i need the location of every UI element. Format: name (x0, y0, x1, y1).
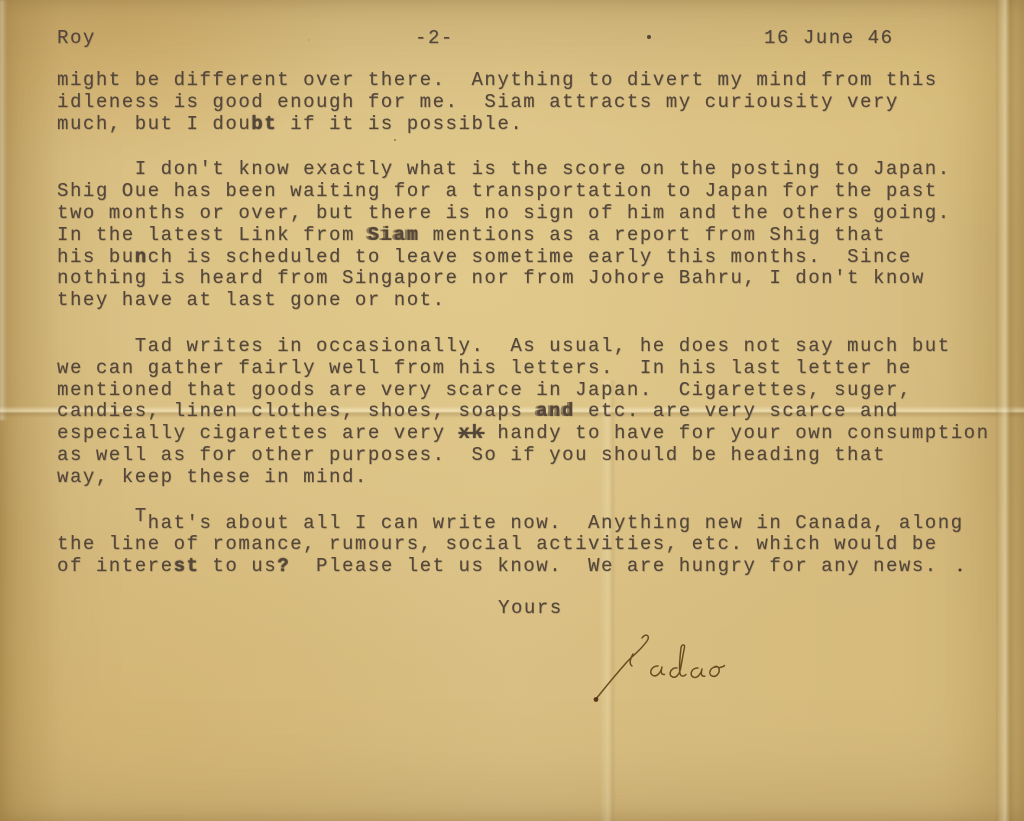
fold-crease-right (996, 0, 1016, 821)
letter-line: they have at last gone or not. (57, 290, 990, 312)
letter-line: Shig Oue has been waiting for a transpor… (57, 181, 990, 203)
letter-line: nothing is heard from Singapore nor from… (57, 268, 990, 290)
ink-speck (647, 35, 651, 39)
letter-line: much, but I doubt if it is possible. (57, 114, 990, 136)
signature-strokes (596, 635, 725, 699)
paragraph: Tad writes in occasionally. As usual, he… (57, 336, 990, 489)
letter-line: That's about all I can write now. Anythi… (57, 513, 990, 535)
paper-edge-highlight (0, 0, 7, 420)
paragraph: I don't know exactly what is the score o… (57, 159, 990, 312)
letter-body: might be different over there. Anything … (57, 70, 990, 602)
letter-line: as well as for other purposes. So if you… (57, 445, 990, 467)
letter-line: In the latest Link from Siam mentions as… (57, 225, 990, 247)
letter-line: two months or over, but there is no sign… (57, 203, 990, 225)
letter-line: might be different over there. Anything … (57, 70, 990, 92)
letter-page: Roy -2- 16 June 46 might be different ov… (0, 0, 1024, 821)
letter-line: I don't know exactly what is the score o… (57, 159, 990, 181)
letter-line: idleness is good enough for me. Siam att… (57, 92, 990, 114)
letter-line: Tad writes in occasionally. As usual, he… (57, 336, 990, 358)
letter-line: the line of romance, rumours, social act… (57, 534, 990, 556)
letter-line: mentioned that goods are very scarce in … (57, 380, 990, 402)
letter-line: we can gather fairly well from his lette… (57, 358, 990, 380)
handwritten-signature (586, 630, 736, 716)
paragraph: That's about all I can write now. Anythi… (57, 513, 990, 578)
letter-line: his bunch is scheduled to leave sometime… (57, 247, 990, 269)
letter-line: way, keep these in mind. (57, 467, 990, 489)
letter-line: of interest to us? Please let us know. W… (57, 556, 990, 578)
letter-line: candies, linen clothes, shoes, soaps and… (57, 401, 990, 423)
ink-dot (594, 697, 599, 702)
paragraph: might be different over there. Anything … (57, 70, 990, 135)
header-page-number: -2- (415, 28, 454, 50)
header-date: 16 June 46 (764, 28, 894, 50)
closing-salutation: Yours (498, 598, 563, 620)
letter-line: especially cigarettes are very xk handy … (57, 423, 990, 445)
header-recipient: Roy (57, 28, 96, 50)
